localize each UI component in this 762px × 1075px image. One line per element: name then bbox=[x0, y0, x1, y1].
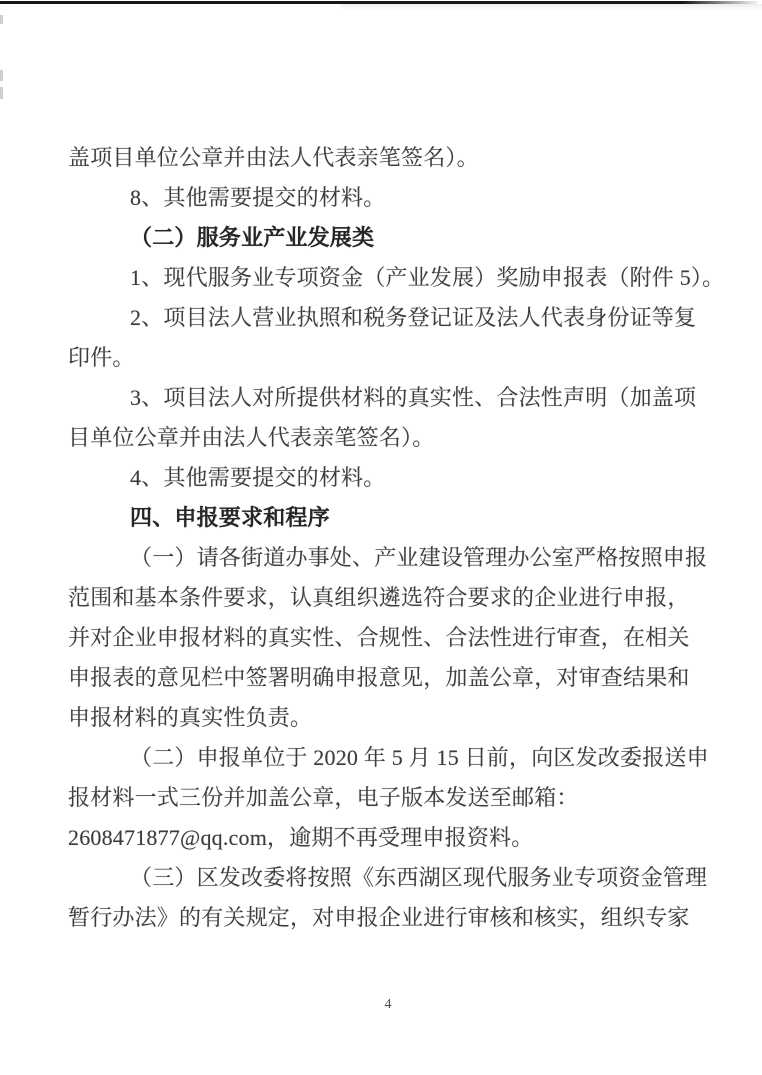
page-number: 4 bbox=[385, 996, 392, 1014]
list-item-line: 4、其他需要提交的材料。 bbox=[68, 458, 684, 498]
list-item-line: 3、项目法人对所提供材料的真实性、合法性声明（加盖项 bbox=[68, 378, 684, 418]
scanned-document-page: { "page": { "number": "4" }, "document":… bbox=[0, 0, 762, 1075]
scan-artifact-top-shade bbox=[340, 4, 762, 10]
list-item-line: 2、项目法人营业执照和税务登记证及法人代表身份证等复 bbox=[68, 298, 684, 338]
paragraph-line: 范围和基本条件要求，认真组织遴选符合要求的企业进行申报， bbox=[68, 578, 684, 618]
text-line: 目单位公章并由法人代表亲笔签名）。 bbox=[68, 418, 684, 458]
text-line: 盖项目单位公章并由法人代表亲笔签名）。 bbox=[68, 138, 684, 178]
paragraph-line: （三）区发改委将按照《东西湖区现代服务业专项资金管理 bbox=[68, 858, 684, 898]
paragraph-line: 申报表的意见栏中签署明确申报意见，加盖公章，对审查结果和 bbox=[68, 658, 684, 698]
scan-artifact-left-mark bbox=[0, 70, 3, 81]
paragraph-line: 暂行办法》的有关规定，对申报企业进行审核和核实，组织专家 bbox=[68, 898, 684, 938]
paragraph-line: （二）申报单位于 2020 年 5 月 15 日前，向区发改委报送申 bbox=[68, 738, 684, 778]
page-footer: 4 bbox=[0, 995, 762, 1014]
text-line: 印件。 bbox=[68, 338, 684, 378]
list-item-line: 8、其他需要提交的材料。 bbox=[68, 178, 684, 218]
paragraph-line: 并对企业申报材料的真实性、合规性、合法性进行审查，在相关 bbox=[68, 618, 684, 658]
email-line: 2608471877@qq.com，逾期不再受理申报资料。 bbox=[68, 818, 684, 858]
list-item-line: 1、现代服务业专项资金（产业发展）奖励申报表（附件 5）。 bbox=[68, 258, 684, 298]
paragraph-line: 报材料一式三份并加盖公章，电子版本发送至邮箱： bbox=[68, 778, 684, 818]
document-body: 盖项目单位公章并由法人代表亲笔签名）。 8、其他需要提交的材料。 （二）服务业产… bbox=[68, 138, 684, 938]
scan-artifact-left-mark bbox=[0, 87, 3, 99]
paragraph-line: 申报材料的真实性负责。 bbox=[68, 698, 684, 738]
paragraph-line: （一）请各街道办事处、产业建设管理办公室严格按照申报 bbox=[68, 538, 684, 578]
section-heading: 四、申报要求和程序 bbox=[68, 498, 684, 538]
section-heading: （二）服务业产业发展类 bbox=[68, 218, 684, 258]
scan-artifact-left-mark bbox=[0, 15, 3, 24]
